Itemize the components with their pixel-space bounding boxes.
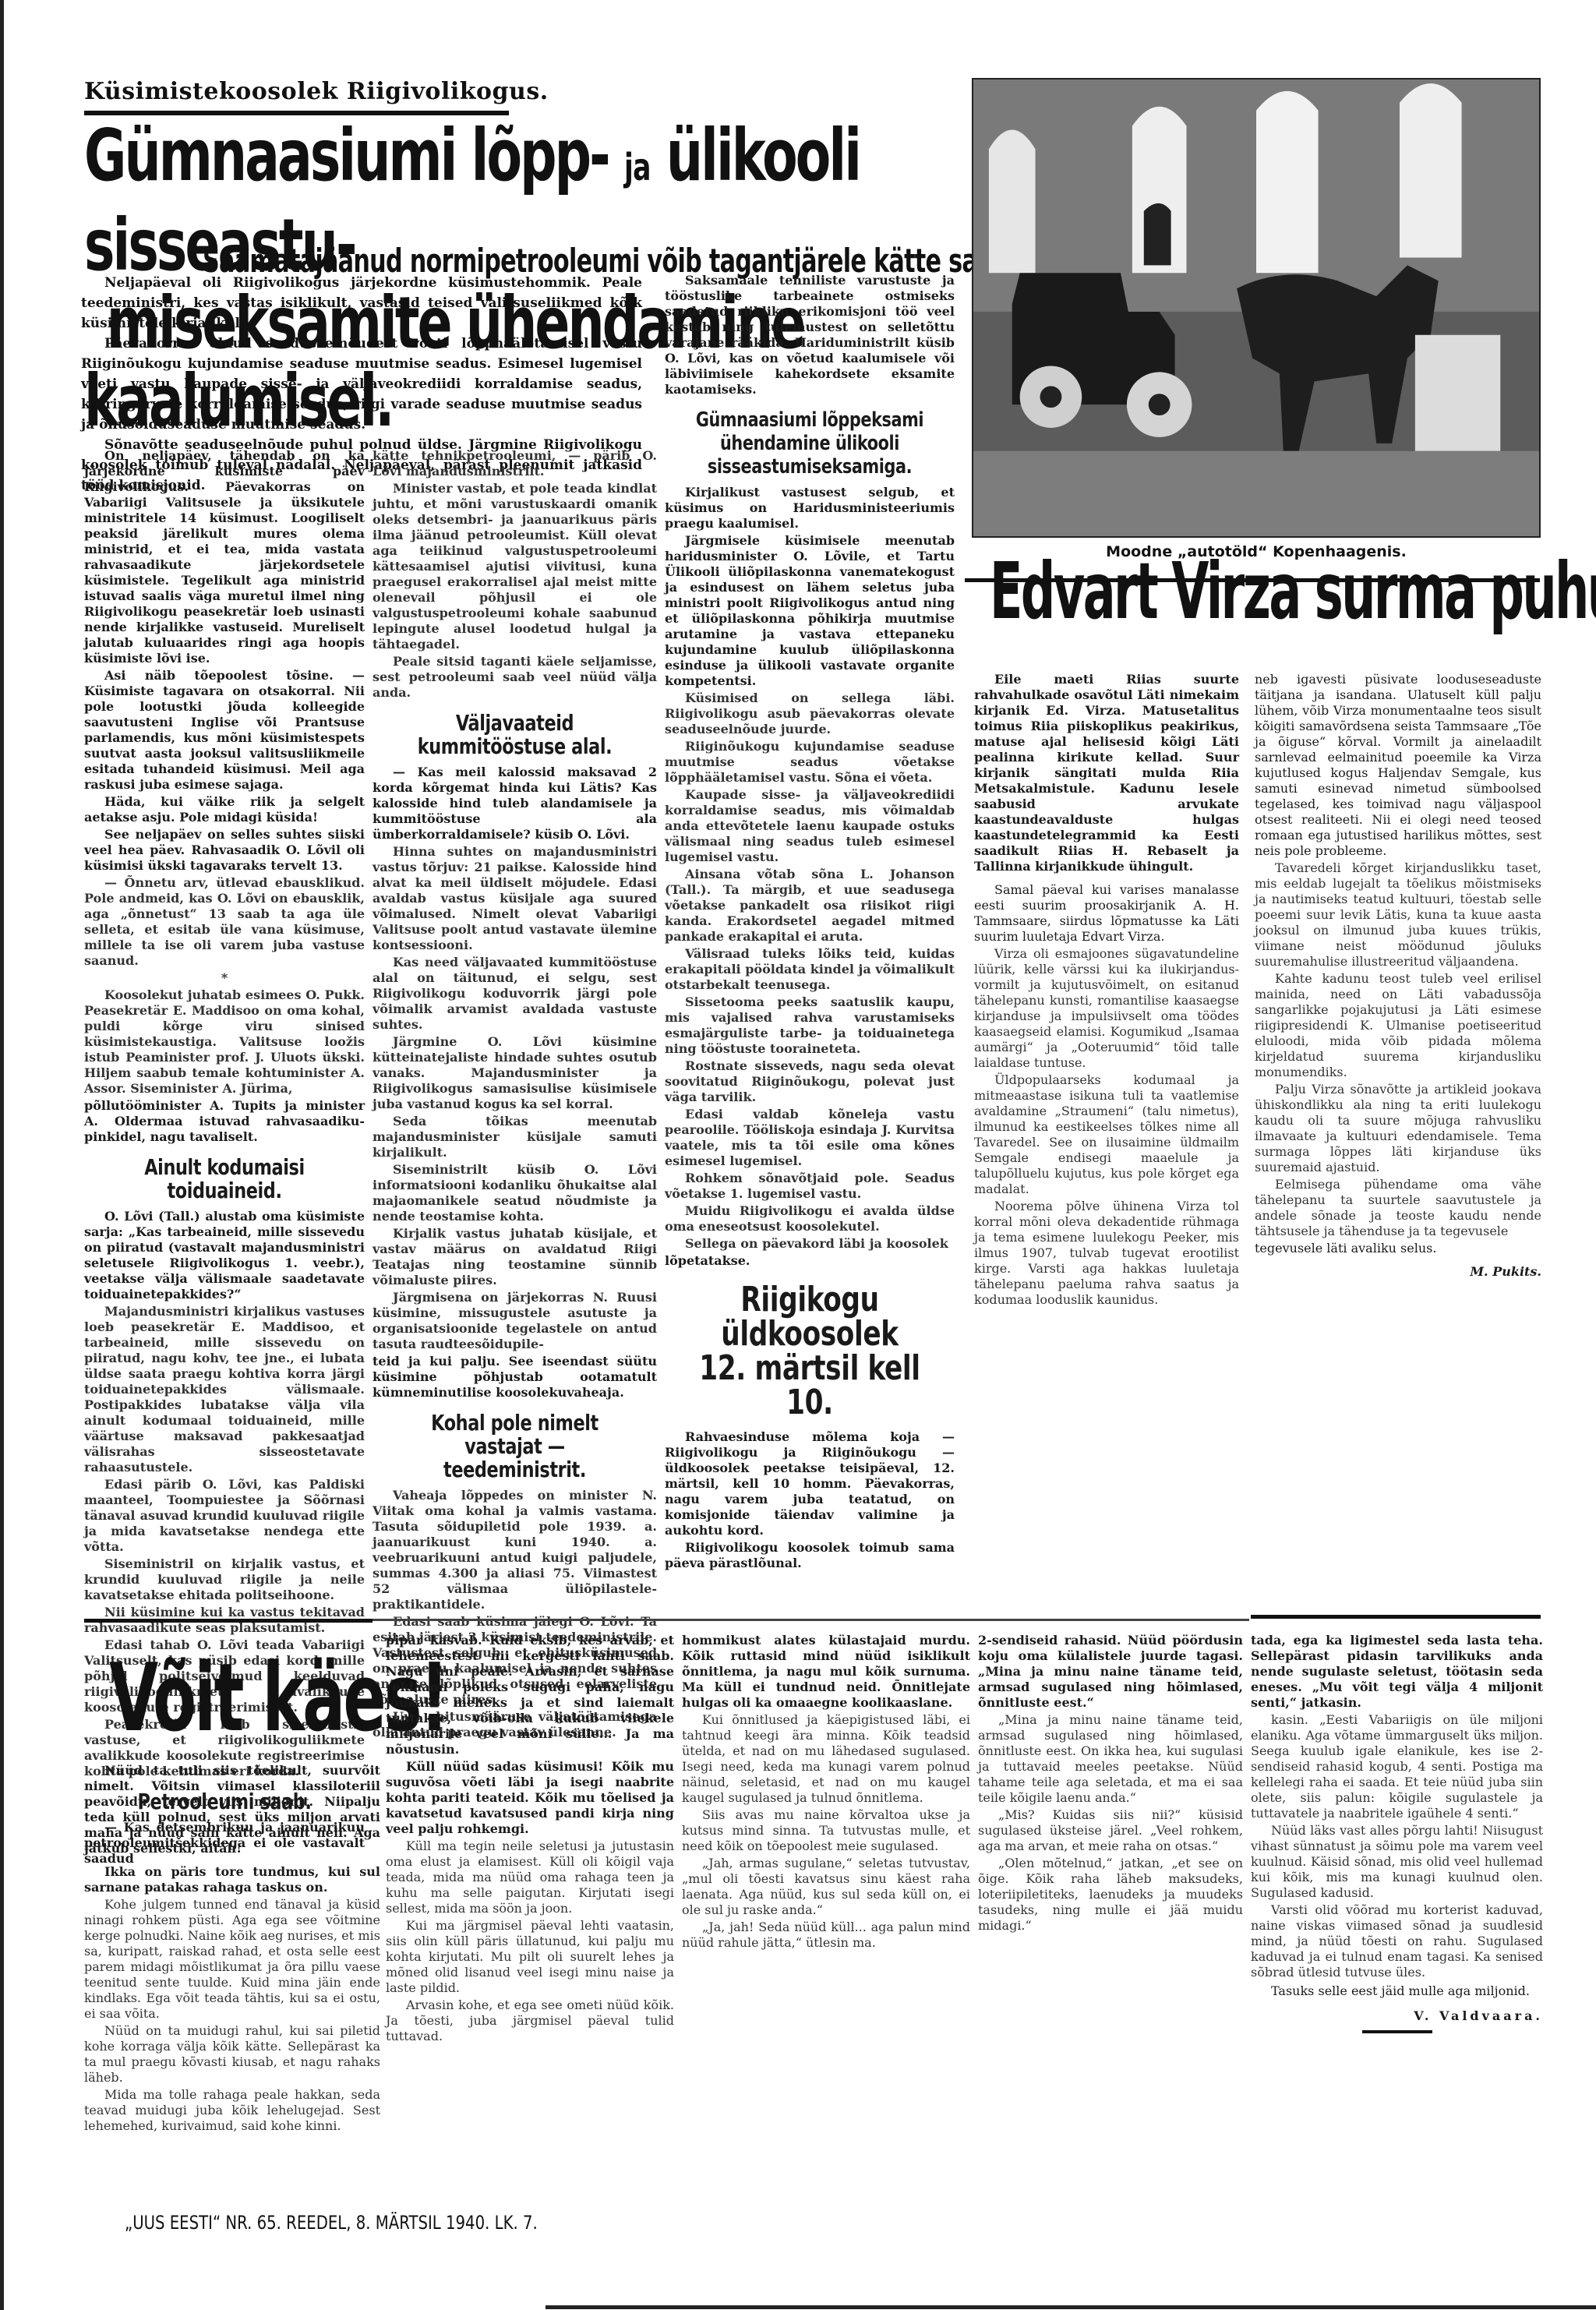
section-heading: Ainult kodumaisi toiduaineid. [112,1156,337,1203]
voit-col5: tada, ega ka ligimestel seda lasta teha.… [1251,1633,1543,1711]
article-kicker: Küsimistekoosolek Riigivolikogus. [84,78,549,105]
voit-column-5: tada, ega ka ligimestel seda lasta teha.… [1251,1633,1543,2202]
riigikogu-heading-line1: Riigikogu üldkoosolek [721,1280,898,1354]
voit-col4: 2-sendiseid rahasid. Nüüd pöördusin koju… [978,1633,1243,1711]
section-heading: Gümnaasiumi lõppeksami ühendamine ülikoo… [694,408,926,479]
gymnaasiumi-intro: Saksamaale tehniliste varustuste ja töös… [665,273,955,397]
section-text: Rahvaesinduse mõlema koja — Riigivolikog… [665,1429,955,1538]
section-text: O. Lõvi (Tall.) alustab oma küsimiste sa… [84,1209,365,1302]
voit-col2: pipar kasvab. Kuid eksib, kes arvab, et … [386,1633,674,1757]
news-photo [972,78,1541,538]
column-2: kätte tehnikpetrooleumi, — pärib O. Lõvi… [373,448,657,1578]
section-heading: Kohal pole nimelt vastajat — teedeminist… [401,1411,629,1482]
voit-closing: Tasuks selle eest jäid mulle aga miljoni… [1251,1983,1543,1999]
column-3: Saksamaale tehniliste varustuste ja töös… [665,273,955,1598]
section-heading: Väljavaateid kummitööstuse alal. [401,712,629,758]
virza-body: Samal päeval kui varises manalasse eesti… [974,882,1239,945]
voit-column-4: 2-sendiseid rahasid. Nüüd pöördusin koju… [978,1633,1243,2202]
voit-col3: hommikust alates külastajaid murdu. Kõik… [682,1633,970,1711]
voit-column-2: pipar kasvab. Kuid eksib, kes arvab, et … [386,1633,674,2202]
section-text: Kirjalikust vastusest selgub, et küsimus… [665,485,955,532]
section-text: Järgmisele küsimisele meenutab haridusmi… [665,533,955,689]
voit-column-3: hommikust alates külastajaid murdu. Kõik… [682,1633,970,2202]
section-text: teid ja kui palju. See iseendast süütu k… [373,1354,657,1400]
headline-ja: ja [624,146,651,189]
virza-column-2: neb igavesti püsivate looduseseaduste tä… [1255,672,1541,1568]
lead-paragraph: Neljapäeval oli Riigivolikogus järjekord… [81,273,642,334]
virza-headline: Edvart Virza surma puhul. [990,546,1596,637]
voit-column-1: Nüüd ta tuli siis tõelikult, suurvõit ni… [84,1763,380,2199]
riigikogu-heading-line2: 12. märtsil kell 10. [699,1348,920,1422]
end-rule [1362,2030,1432,2033]
car-and-horses-photo-icon [973,79,1539,536]
riigikogu-heading: Riigikogu üldkoosolek 12. märtsil kell 1… [697,1283,923,1420]
section-divider [1251,1615,1541,1619]
bottom-rule [546,2305,1596,2309]
section-divider [373,1619,1249,1621]
col1-paragraph: See neljapäev on selles suhtes siiski ve… [84,827,365,874]
voit-col2b: Küll nüüd sadas küsimusi! Kõik mu suguvõ… [386,1759,674,1837]
newspaper-page: Küsimistekoosolek Riigivolikogus. Gümnaa… [0,0,1596,2310]
headline-part1: Gümnaasiumi lõpp- [84,114,609,197]
virza-col2: neb igavesti püsivate looduseseaduste tä… [1255,672,1541,859]
section-text: — Kas meil kalossid maksavad 2 korda kõr… [373,765,657,842]
virza-column-1: Eile maeti Riias suurte rahvahulkade osa… [974,672,1239,1568]
section-text: Riigivolikogu koosolek toimub sama päeva… [665,1540,955,1571]
col1-tail: põllutööminister A. Tupits ja minister A… [84,1098,365,1145]
voit-paragraph: Ikka on päris tore tundmus, kui sul sarn… [84,1864,380,1895]
virza-lead: Eile maeti Riias suurte rahvahulkade osa… [974,672,1239,874]
voit-paragraph: Nüüd ta tuli siis tõelikult, suurvõit ni… [84,1763,380,1856]
col1-paragraph: Asi näib tõepoolest tõsine. — Küsimiste … [84,668,365,793]
section-divider [84,1619,373,1623]
column-1: On neljapäev, tähendab on ka järjekordne… [84,448,365,1578]
col1-paragraph: Häda, kui väike riik ja selgelt aetakse … [84,794,365,825]
virza-closing: tegevusele läti avaliku selus. [1255,1241,1541,1256]
loppetatakse: lõpetatakse. [665,1253,955,1269]
virza-signature: M. Pukits. [1255,1264,1541,1280]
voit-signature: V. Valdvaara. [1251,2008,1543,2024]
scan-edge [0,0,4,2310]
col1-paragraph: On neljapäev, tähendab on ka järjekordne… [84,448,365,666]
lead-paragraph: Päevakorras olnud seaduseelnõudest võeti… [81,334,642,435]
page-footer-masthead: „UUS EESTI“ NR. 65. REEDEL, 8. MÄRTSIL 1… [125,2212,538,2234]
